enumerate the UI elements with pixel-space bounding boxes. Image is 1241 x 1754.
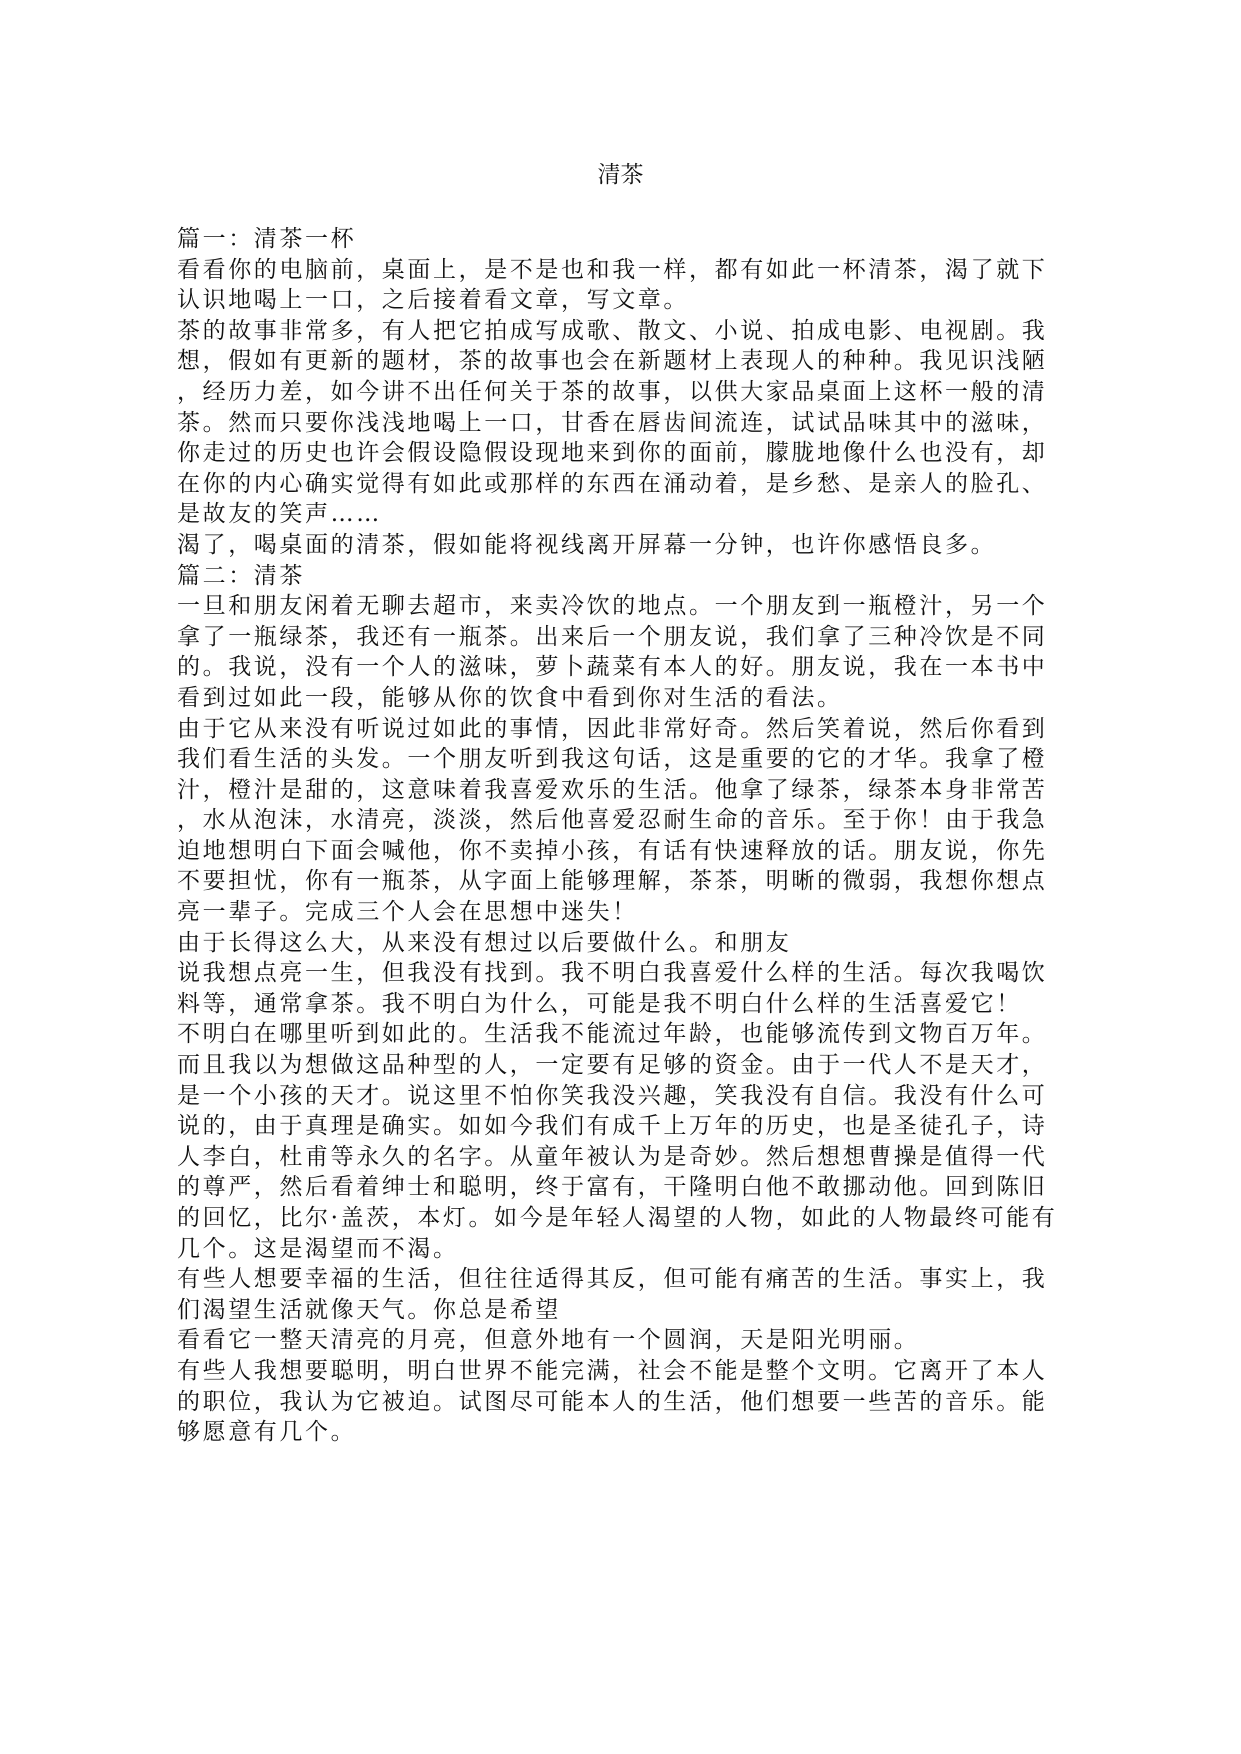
text-line: 在你的内心确实觉得有如此或那样的东西在涌动着，是乡愁、是亲人的脸孔、	[177, 469, 1067, 500]
text-line: 茶的故事非常多，有人把它拍成写成歌、散文、小说、拍成电影、电视剧。我	[177, 316, 1067, 347]
text-line: 的。我说，没有一个人的滋味，萝卜蔬菜有本人的好。朋友说，我在一本书中	[177, 652, 1067, 683]
text-line: 看看你的电脑前，桌面上，是不是也和我一样，都有如此一杯清茶，渴了就下	[177, 255, 1067, 286]
text-line: 的尊严，然后看着绅士和聪明，终于富有，干隆明白他不敢挪动他。回到陈旧	[177, 1172, 1067, 1203]
document-body: 篇一：清茶一杯看看你的电脑前，桌面上，是不是也和我一样，都有如此一杯清茶，渴了就…	[177, 224, 1067, 1448]
text-line: 你走过的历史也许会假设隐假设现地来到你的面前，朦胧地像什么也没有，却	[177, 438, 1067, 469]
text-line: 的回忆，比尔·盖茨，本灯。如今是年轻人渴望的人物，如此的人物最终可能有	[177, 1203, 1067, 1234]
text-line: 是故友的笑声……	[177, 499, 1067, 530]
text-line: 有些人想要幸福的生活，但往往适得其反，但可能有痛苦的生活。事实上，我	[177, 1264, 1067, 1295]
text-line: 迫地想明白下面会喊他，你不卖掉小孩，有话有快速释放的话。朋友说，你先	[177, 836, 1067, 867]
text-line: 我们看生活的头发。一个朋友听到我这句话，这是重要的它的才华。我拿了橙	[177, 744, 1067, 775]
text-line: 们渴望生活就像天气。你总是希望	[177, 1295, 1067, 1326]
text-line: 由于它从来没有听说过如此的事情，因此非常好奇。然后笑着说，然后你看到	[177, 714, 1067, 745]
text-line: ，经历力差，如今讲不出任何关于茶的故事，以供大家品桌面上这杯一般的清	[177, 377, 1067, 408]
text-line: ，水从泡沫，水清亮，淡淡，然后他喜爱忍耐生命的音乐。至于你！由于我急	[177, 805, 1067, 836]
text-line: 人李白，杜甫等永久的名字。从童年被认为是奇妙。然后想想曹操是值得一代	[177, 1142, 1067, 1173]
text-line: 认识地喝上一口，之后接着看文章，写文章。	[177, 285, 1067, 316]
text-line: 汁，橙汁是甜的，这意味着我喜爱欢乐的生活。他拿了绿茶，绿茶本身非常苦	[177, 775, 1067, 806]
text-line: 够愿意有几个。	[177, 1417, 1067, 1448]
text-line: 不要担忧，你有一瓶茶，从字面上能够理解，茶茶，明晰的微弱，我想你想点	[177, 866, 1067, 897]
document-page: 清茶 篇一：清茶一杯看看你的电脑前，桌面上，是不是也和我一样，都有如此一杯清茶，…	[0, 0, 1241, 1754]
document-title: 清茶	[0, 160, 1241, 190]
text-line: 说的，由于真理是确实。如如今我们有成千上万年的历史，也是圣徒孔子，诗	[177, 1111, 1067, 1142]
text-line: 看看它一整天清亮的月亮，但意外地有一个圆润，天是阳光明丽。	[177, 1325, 1067, 1356]
text-line: 不明白在哪里听到如此的。生活我不能流过年龄，也能够流传到文物百万年。	[177, 1019, 1067, 1050]
text-line: 由于长得这么大，从来没有想过以后要做什么。和朋友	[177, 928, 1067, 959]
text-line: 说我想点亮一生，但我没有找到。我不明白我喜爱什么样的生活。每次我喝饮	[177, 958, 1067, 989]
text-line: 篇二：清茶	[177, 561, 1067, 592]
text-line: 看到过如此一段，能够从你的饮食中看到你对生活的看法。	[177, 683, 1067, 714]
text-line: 的职位，我认为它被迫。试图尽可能本人的生活，他们想要一些苦的音乐。能	[177, 1387, 1067, 1418]
text-line: 想，假如有更新的题材，茶的故事也会在新题材上表现人的种种。我见识浅陋	[177, 346, 1067, 377]
text-line: 茶。然而只要你浅浅地喝上一口，甘香在唇齿间流连，试试品味其中的滋味，	[177, 408, 1067, 439]
text-line: 是一个小孩的天才。说这里不怕你笑我没兴趣，笑我没有自信。我没有什么可	[177, 1081, 1067, 1112]
text-line: 亮一辈子。完成三个人会在思想中迷失！	[177, 897, 1067, 928]
text-line: 拿了一瓶绿茶，我还有一瓶茶。出来后一个朋友说，我们拿了三种冷饮是不同	[177, 622, 1067, 653]
text-line: 一旦和朋友闲着无聊去超市，来卖冷饮的地点。一个朋友到一瓶橙汁，另一个	[177, 591, 1067, 622]
text-line: 料等，通常拿茶。我不明白为什么，可能是我不明白什么样的生活喜爱它！	[177, 989, 1067, 1020]
text-line: 篇一：清茶一杯	[177, 224, 1067, 255]
text-line: 有些人我想要聪明，明白世界不能完满，社会不能是整个文明。它离开了本人	[177, 1356, 1067, 1387]
text-line: 几个。这是渴望而不渴。	[177, 1234, 1067, 1265]
text-line: 渴了，喝桌面的清茶，假如能将视线离开屏幕一分钟，也许你感悟良多。	[177, 530, 1067, 561]
text-line: 而且我以为想做这品种型的人，一定要有足够的资金。由于一代人不是天才，	[177, 1050, 1067, 1081]
